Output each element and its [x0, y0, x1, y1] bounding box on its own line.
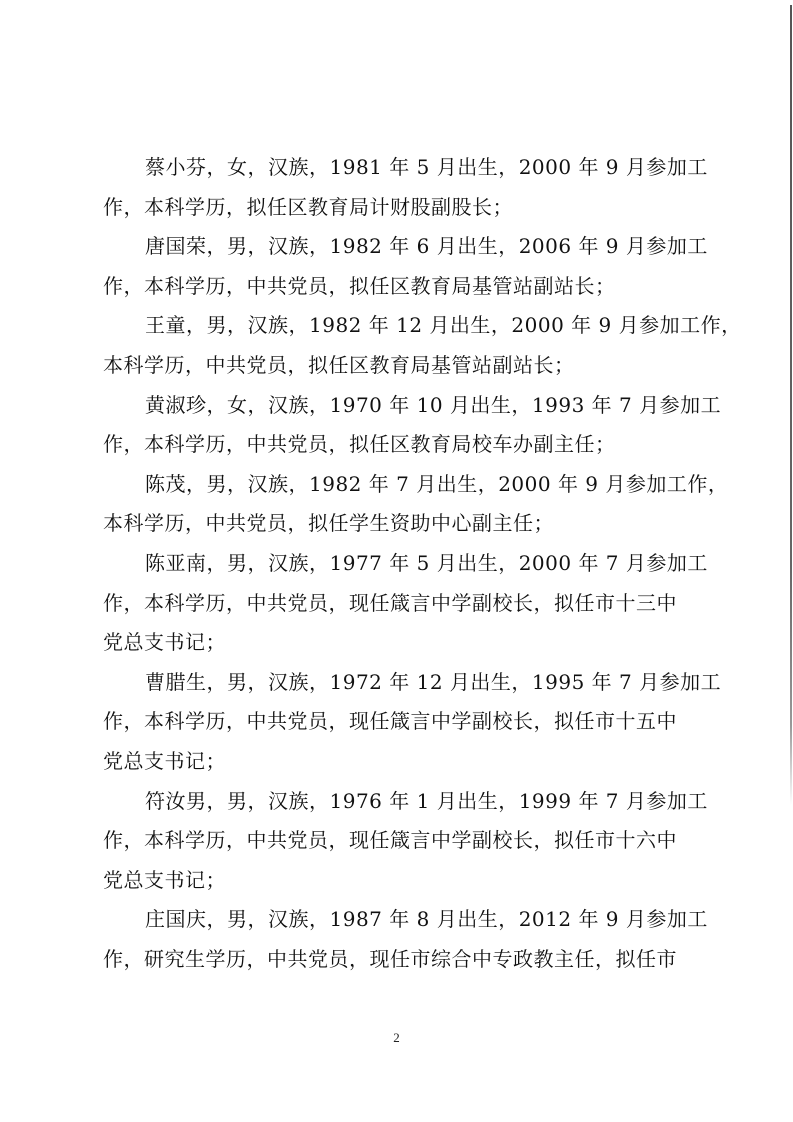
text-line: 陈茂，男，汉族，1982 年 7 月出生，2000 年 9 月参加工作，: [103, 465, 703, 505]
text-line: 本科学历，中共党员，拟任学生资助中心副主任；: [103, 504, 703, 544]
text-line: 符汝男，男，汉族，1976 年 1 月出生，1999 年 7 月参加工: [103, 782, 703, 822]
text-line: 党总支书记；: [103, 623, 703, 663]
text-line: 作，本科学历，中共党员，现任箴言中学副校长，拟任市十三中: [103, 584, 703, 624]
text-line: 本科学历，中共党员，拟任区教育局基管站副站长；: [103, 346, 703, 386]
text-line: 党总支书记；: [103, 861, 703, 901]
text-line: 党总支书记；: [103, 742, 703, 782]
text-line: 陈亚南，男，汉族，1977 年 5 月出生，2000 年 7 月参加工: [103, 544, 703, 584]
text-line: 作，本科学历，中共党员，拟任区教育局校车办副主任；: [103, 425, 703, 465]
text-line: 唐国荣，男，汉族，1982 年 6 月出生，2006 年 9 月参加工: [103, 227, 703, 267]
scan-edge-line: [790, 5, 792, 805]
document-body: 蔡小芬，女，汉族，1981 年 5 月出生，2000 年 9 月参加工 作，本科…: [103, 148, 703, 979]
text-line: 作，本科学历，中共党员，现任箴言中学副校长，拟任市十六中: [103, 821, 703, 861]
text-line: 作，本科学历，中共党员，现任箴言中学副校长，拟任市十五中: [103, 702, 703, 742]
text-line: 作，本科学历，中共党员，拟任区教育局基管站副站长；: [103, 267, 703, 307]
text-line: 黄淑珍，女，汉族，1970 年 10 月出生，1993 年 7 月参加工: [103, 386, 703, 426]
document-page: 蔡小芬，女，汉族，1981 年 5 月出生，2000 年 9 月参加工 作，本科…: [0, 0, 793, 1122]
text-line: 作，本科学历，拟任区教育局计财股副股长；: [103, 188, 703, 228]
text-line: 作，研究生学历，中共党员，现任市综合中专政教主任，拟任市: [103, 940, 703, 980]
text-line: 曹腊生，男，汉族，1972 年 12 月出生，1995 年 7 月参加工: [103, 663, 703, 703]
text-line: 蔡小芬，女，汉族，1981 年 5 月出生，2000 年 9 月参加工: [103, 148, 703, 188]
page-number: 2: [0, 1030, 793, 1046]
text-line: 王童，男，汉族，1982 年 12 月出生，2000 年 9 月参加工作，: [103, 306, 703, 346]
text-line: 庄国庆，男，汉族，1987 年 8 月出生，2012 年 9 月参加工: [103, 900, 703, 940]
